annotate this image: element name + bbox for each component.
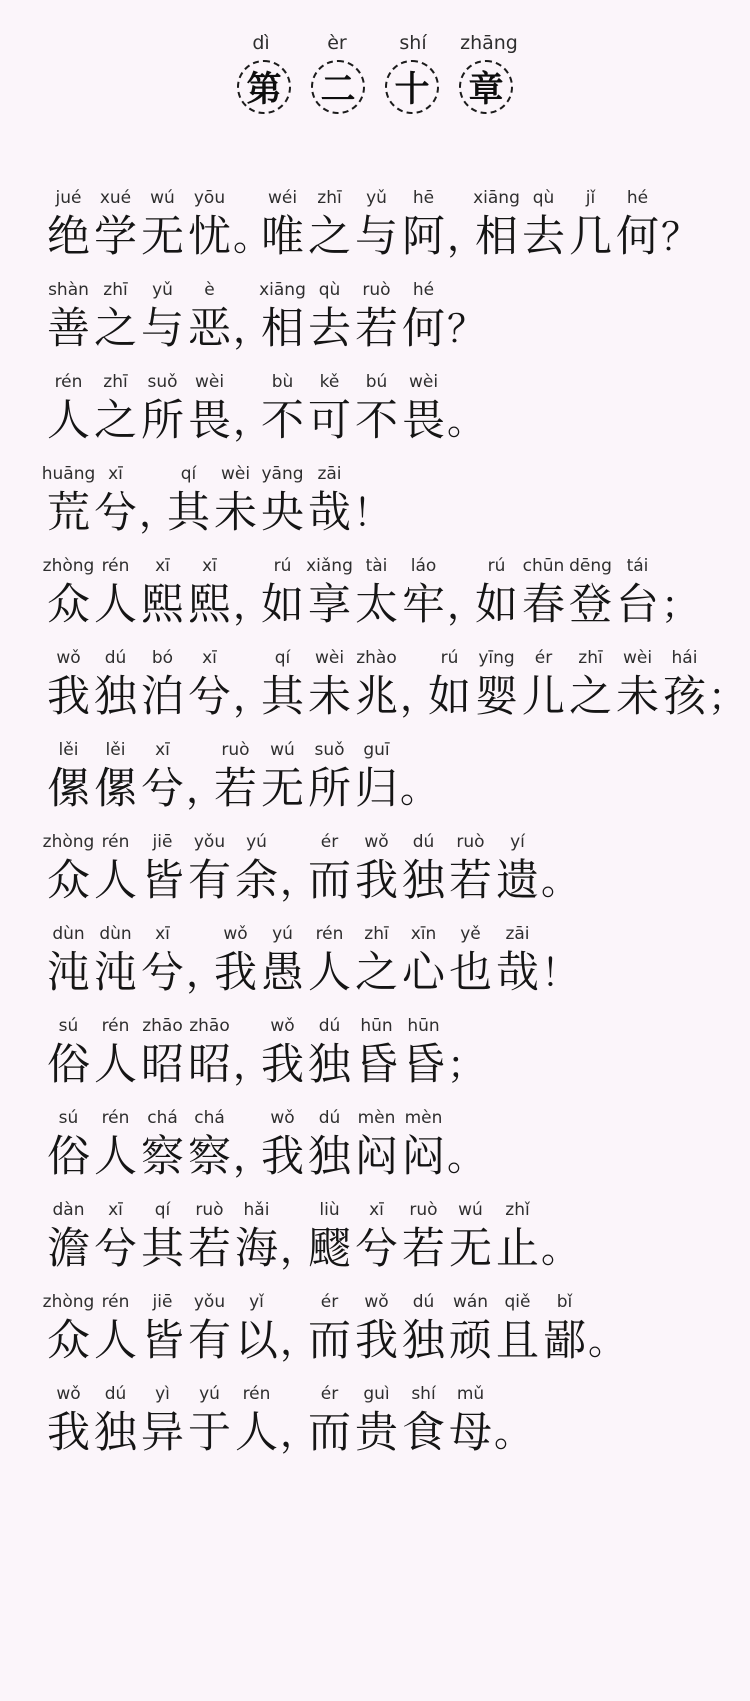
- pinyin-syllable: yì: [155, 1382, 170, 1407]
- pinyin-syllable: zhī: [578, 646, 602, 671]
- hanzi-char: 无: [449, 1223, 492, 1276]
- char-cell: zhòng众: [45, 1290, 92, 1368]
- pinyin-syllable: ér: [321, 1382, 338, 1407]
- char-cell: xué学: [92, 186, 139, 264]
- pinyin-syllable: qí: [181, 462, 197, 487]
- pinyin-syllable: sú: [59, 1106, 79, 1131]
- char-cell: bǐ鄙: [541, 1290, 588, 1368]
- hanzi-char: 荒: [47, 487, 90, 540]
- pinyin-syllable: shàn: [48, 278, 89, 303]
- punctuation: 。: [541, 1223, 579, 1276]
- pinyin-syllable: xī: [202, 554, 217, 579]
- title-hanzi-char: 十: [394, 62, 429, 112]
- pinyin-syllable: rén: [102, 830, 130, 855]
- hanzi-char: 众: [47, 579, 90, 632]
- char-cell: suǒ所: [139, 370, 186, 448]
- char-cell: ruò若: [212, 738, 259, 816]
- pinyin-syllable: rén: [316, 922, 344, 947]
- pinyin-syllable: hǎi: [244, 1198, 270, 1223]
- char-cell: rén人: [92, 554, 139, 632]
- char-cell: hūn昏: [353, 1014, 400, 1092]
- hanzi-char: 享: [308, 579, 351, 632]
- char-cell: ér儿: [520, 646, 567, 724]
- pinyin-syllable: zhǐ: [505, 1198, 529, 1223]
- pinyin-syllable: kě: [320, 370, 340, 395]
- char-cell: zhī之: [567, 646, 614, 724]
- char-cell: yǒu有: [186, 1290, 233, 1368]
- char-cell: xī熙: [139, 554, 186, 632]
- pinyin-syllable: wú: [458, 1198, 483, 1223]
- punctuation: 。: [447, 395, 485, 448]
- pinyin-syllable: ruò: [362, 278, 390, 303]
- punctuation-cell: 。: [588, 1290, 614, 1368]
- pinyin-syllable: zāi: [317, 462, 341, 487]
- hanzi-char: 澹: [47, 1223, 90, 1276]
- char-cell: mèn闷: [400, 1106, 447, 1184]
- pinyin-syllable: zhòng: [43, 830, 95, 855]
- hanzi-char: 哉: [496, 947, 539, 1000]
- char-cell: wèi未: [306, 646, 353, 724]
- title-pinyin-syllable: èr: [299, 30, 375, 56]
- pinyin-syllable: dēng: [569, 554, 612, 579]
- hanzi-char: 独: [94, 1407, 137, 1460]
- pinyin-syllable: yīng: [478, 646, 514, 671]
- pinyin-syllable: zhāo: [142, 1014, 183, 1039]
- char-cell: qù去: [306, 278, 353, 356]
- char-cell: wèi未: [212, 462, 259, 540]
- hanzi-char: 其: [167, 487, 210, 540]
- hanzi-char: 而: [308, 1315, 351, 1368]
- pinyin-syllable: wǒ: [223, 922, 247, 947]
- pinyin-syllable: hūn: [360, 1014, 392, 1039]
- hanzi-char: 何: [402, 303, 445, 356]
- hanzi-char: 独: [402, 855, 445, 908]
- punctuation-cell: ；: [708, 646, 734, 724]
- hanzi-char: 何: [616, 211, 659, 264]
- hanzi-char: 相: [261, 303, 304, 356]
- char-cell: jiē皆: [139, 830, 186, 908]
- pinyin-syllable: yōu: [194, 186, 225, 211]
- char-cell: hé何: [614, 186, 661, 264]
- char-cell: wèi未: [614, 646, 661, 724]
- hanzi-char: 以: [235, 1315, 278, 1368]
- hanzi-char: 众: [47, 1315, 90, 1368]
- hanzi-char: 昭: [188, 1039, 231, 1092]
- hanzi-char: 人: [94, 1315, 137, 1368]
- char-cell: rú如: [473, 554, 520, 632]
- char-cell: wèi畏: [400, 370, 447, 448]
- pinyin-syllable: yú: [246, 830, 267, 855]
- pinyin-syllable: dú: [413, 1290, 435, 1315]
- hanzi-char: 人: [94, 579, 137, 632]
- pinyin-syllable: dú: [413, 830, 435, 855]
- char-cell: suǒ所: [306, 738, 353, 816]
- title-hanzi-char: 第: [246, 62, 281, 112]
- hanzi-char: 畏: [402, 395, 445, 448]
- pinyin-syllable: suǒ: [147, 370, 177, 395]
- hanzi-char: 闷: [402, 1131, 445, 1184]
- punctuation-cell: ，: [233, 1106, 259, 1184]
- char-cell: qí其: [139, 1198, 186, 1276]
- char-cell: zhòng众: [45, 830, 92, 908]
- punctuation-cell: ，: [400, 646, 426, 724]
- hanzi-char: 昭: [141, 1039, 184, 1092]
- char-cell: zhī之: [306, 186, 353, 264]
- hanzi-char: 我: [47, 671, 90, 724]
- punctuation: ；: [661, 579, 699, 632]
- pinyin-syllable: xī: [108, 462, 123, 487]
- hanzi-char: 皆: [141, 855, 184, 908]
- hanzi-char: 我: [261, 1039, 304, 1092]
- hanzi-char: 与: [141, 303, 184, 356]
- hanzi-char: 之: [94, 395, 137, 448]
- pinyin-syllable: bù: [272, 370, 294, 395]
- pinyin-syllable: zhāo: [189, 1014, 230, 1039]
- punctuation-cell: ；: [447, 1014, 473, 1092]
- char-cell: wǒ我: [212, 922, 259, 1000]
- hanzi-char: 央: [261, 487, 304, 540]
- hanzi-char: 唯: [261, 211, 304, 264]
- verse-line: zhòng众rén人jiē皆yǒu有yú余，ér而wǒ我dú独ruò若yí遗。: [45, 830, 750, 908]
- hanzi-char: 无: [141, 211, 184, 264]
- punctuation-cell: ，: [280, 830, 306, 908]
- char-cell: hūn昏: [400, 1014, 447, 1092]
- char-cell: tài太: [353, 554, 400, 632]
- punctuation-cell: 。: [447, 370, 473, 448]
- pinyin-syllable: qiě: [505, 1290, 531, 1315]
- hanzi-char: 独: [94, 671, 137, 724]
- hanzi-char: 若: [402, 1223, 445, 1276]
- pinyin-syllable: yí: [510, 830, 525, 855]
- hanzi-char: 人: [308, 947, 351, 1000]
- pinyin-syllable: yāng: [261, 462, 303, 487]
- hanzi-char: 其: [141, 1223, 184, 1276]
- verse-line: zhòng众rén人jiē皆yǒu有yǐ以，ér而wǒ我dú独wán顽qiě且b…: [45, 1290, 750, 1368]
- pinyin-syllable: lěi: [106, 738, 126, 763]
- pinyin-syllable: bǐ: [557, 1290, 573, 1315]
- hanzi-char: 相: [475, 211, 518, 264]
- pinyin-syllable: rén: [102, 1290, 130, 1315]
- pinyin-syllable: bú: [366, 370, 388, 395]
- pinyin-syllable: mèn: [405, 1106, 443, 1131]
- punctuation-cell: ；: [661, 554, 687, 632]
- char-cell: yāng央: [259, 462, 306, 540]
- hanzi-char: 而: [308, 855, 351, 908]
- pinyin-syllable: dú: [105, 646, 127, 671]
- char-cell: yǔ与: [139, 278, 186, 356]
- hanzi-char: 阿: [402, 211, 445, 264]
- punctuation: 。: [494, 1407, 532, 1460]
- pinyin-syllable: huāng: [42, 462, 96, 487]
- pinyin-syllable: jiē: [153, 1290, 173, 1315]
- hanzi-char: 人: [94, 1039, 137, 1092]
- hanzi-char: 其: [261, 671, 304, 724]
- hanzi-char: 若: [449, 855, 492, 908]
- hanzi-char: 俗: [47, 1131, 90, 1184]
- hanzi-char: 俗: [47, 1039, 90, 1092]
- pinyin-syllable: hái: [672, 646, 698, 671]
- hanzi-char: 我: [355, 855, 398, 908]
- hanzi-char: 傫: [47, 763, 90, 816]
- hanzi-char: 畏: [188, 395, 231, 448]
- char-cell: yú于: [186, 1382, 233, 1460]
- title-pinyin-syllable: dì: [223, 30, 299, 56]
- hanzi-char: 我: [261, 1131, 304, 1184]
- char-cell: hǎi海: [233, 1198, 280, 1276]
- punctuation-cell: ，: [233, 1014, 259, 1092]
- char-cell: yì异: [139, 1382, 186, 1460]
- char-cell: yě也: [447, 922, 494, 1000]
- pinyin-syllable: wǒ: [270, 1014, 294, 1039]
- pinyin-syllable: mèn: [358, 1106, 396, 1131]
- hanzi-char: 异: [141, 1407, 184, 1460]
- char-cell: wéi唯: [259, 186, 306, 264]
- hanzi-char: 登: [569, 579, 612, 632]
- char-cell: ruò若: [447, 830, 494, 908]
- char-cell: yí遗: [494, 830, 541, 908]
- char-cell: xiāng相: [259, 278, 306, 356]
- pinyin-syllable: yǔ: [152, 278, 173, 303]
- pinyin-syllable: tái: [627, 554, 649, 579]
- verse-line: lěi傫lěi傫xī兮，ruò若wú无suǒ所guī归。: [45, 738, 750, 816]
- char-cell: kě可: [306, 370, 353, 448]
- hanzi-char: 如: [261, 579, 304, 632]
- char-cell: xī兮: [139, 922, 186, 1000]
- pinyin-syllable: hūn: [407, 1014, 439, 1039]
- pinyin-syllable: zhī: [364, 922, 388, 947]
- punctuation-cell: ！: [353, 462, 379, 540]
- hanzi-char: 几: [569, 211, 612, 264]
- hanzi-char: 人: [47, 395, 90, 448]
- hanzi-char: 未: [214, 487, 257, 540]
- char-cell: xī兮: [186, 646, 233, 724]
- pinyin-syllable: wú: [150, 186, 175, 211]
- char-cell: è恶: [186, 278, 233, 356]
- punctuation-cell: ？: [447, 278, 473, 356]
- pinyin-syllable: zhī: [103, 370, 127, 395]
- pinyin-syllable: zhào: [356, 646, 397, 671]
- pinyin-syllable: ér: [321, 830, 338, 855]
- char-cell: rén人: [233, 1382, 280, 1460]
- pinyin-syllable: dú: [319, 1014, 341, 1039]
- char-cell: ruò若: [400, 1198, 447, 1276]
- punctuation-cell: 。: [400, 738, 426, 816]
- char-cell: yōu忧: [186, 186, 233, 264]
- hanzi-char: 于: [188, 1407, 231, 1460]
- pinyin-syllable: xiǎng: [306, 554, 353, 579]
- hanzi-char: 鄙: [543, 1315, 586, 1368]
- hanzi-char: 余: [235, 855, 278, 908]
- punctuation-cell: ，: [186, 922, 212, 1000]
- char-cell: wǒ我: [45, 646, 92, 724]
- pinyin-syllable: ruò: [221, 738, 249, 763]
- hanzi-char: 傫: [94, 763, 137, 816]
- char-cell: zhī之: [92, 278, 139, 356]
- char-cell: mèn闷: [353, 1106, 400, 1184]
- pinyin-syllable: xī: [108, 1198, 123, 1223]
- char-cell: dàn澹: [45, 1198, 92, 1276]
- pinyin-syllable: xiāng: [473, 186, 520, 211]
- pinyin-syllable: wèi: [623, 646, 652, 671]
- hanzi-char: 如: [475, 579, 518, 632]
- hanzi-char: 绝: [47, 211, 90, 264]
- punctuation: ！: [541, 947, 579, 1000]
- pinyin-syllable: xué: [100, 186, 131, 211]
- pinyin-syllable: shí: [411, 1382, 435, 1407]
- hanzi-char: 贵: [355, 1407, 398, 1460]
- char-cell: láo牢: [400, 554, 447, 632]
- pinyin-syllable: rén: [102, 1106, 130, 1131]
- char-cell: zhāo昭: [139, 1014, 186, 1092]
- char-cell: zhǐ止: [494, 1198, 541, 1276]
- hanzi-char: 而: [308, 1407, 351, 1460]
- hanzi-char: 忧: [188, 211, 231, 264]
- pinyin-syllable: xī: [155, 554, 170, 579]
- pinyin-syllable: wèi: [195, 370, 224, 395]
- pinyin-syllable: wèi: [221, 462, 250, 487]
- verse-line: sú俗rén人zhāo昭zhāo昭，wǒ我dú独hūn昏hūn昏；: [45, 1014, 750, 1092]
- pinyin-syllable: qù: [319, 278, 341, 303]
- punctuation-cell: ，: [447, 554, 473, 632]
- pinyin-syllable: guī: [363, 738, 389, 763]
- hanzi-char: 遗: [496, 855, 539, 908]
- char-cell: zhào兆: [353, 646, 400, 724]
- char-cell: wǒ我: [259, 1014, 306, 1092]
- pinyin-syllable: wán: [453, 1290, 488, 1315]
- char-cell: xī兮: [353, 1198, 400, 1276]
- hanzi-char: 与: [355, 211, 398, 264]
- hanzi-char: 独: [308, 1039, 351, 1092]
- pinyin-syllable: rén: [102, 1014, 130, 1039]
- pinyin-syllable: rén: [243, 1382, 271, 1407]
- hanzi-char: 无: [261, 763, 304, 816]
- pinyin-syllable: dùn: [99, 922, 131, 947]
- hanzi-char: 海: [235, 1223, 278, 1276]
- char-cell: bó泊: [139, 646, 186, 724]
- pinyin-syllable: yǔ: [366, 186, 387, 211]
- char-cell: dú独: [92, 646, 139, 724]
- hanzi-char: 兮: [94, 487, 137, 540]
- pinyin-syllable: liù: [319, 1198, 339, 1223]
- chapter-title-pinyin-row: dìèrshízhāng: [0, 30, 750, 56]
- char-cell: xī熙: [186, 554, 233, 632]
- char-cell: zhòng众: [45, 554, 92, 632]
- pinyin-syllable: wú: [270, 738, 295, 763]
- verse-line: sú俗rén人chá察chá察，wǒ我dú独mèn闷mèn闷。: [45, 1106, 750, 1184]
- pinyin-syllable: rén: [55, 370, 83, 395]
- pinyin-syllable: xīn: [411, 922, 437, 947]
- char-cell: mǔ母: [447, 1382, 494, 1460]
- pinyin-syllable: jǐ: [586, 186, 595, 211]
- verse-line: wǒ我dú独bó泊xī兮，qí其wèi未zhào兆，rú如yīng婴ér儿zhī…: [45, 646, 750, 724]
- verse-line: jué绝xué学wú无yōu忧。wéi唯zhī之yǔ与hē阿，xiāng相qù去…: [45, 186, 750, 264]
- hanzi-char: 未: [616, 671, 659, 724]
- hanzi-char: 不: [355, 395, 398, 448]
- char-cell: rén人: [92, 830, 139, 908]
- pinyin-syllable: wǒ: [56, 1382, 80, 1407]
- char-cell: rén人: [92, 1290, 139, 1368]
- hanzi-char: 沌: [94, 947, 137, 1000]
- char-cell: chūn春: [520, 554, 567, 632]
- char-cell: xīn心: [400, 922, 447, 1000]
- pinyin-syllable: qù: [533, 186, 555, 211]
- punctuation-cell: ，: [233, 554, 259, 632]
- pinyin-syllable: wǒ: [364, 830, 388, 855]
- punctuation-cell: 。: [233, 186, 259, 264]
- pinyin-syllable: dùn: [52, 922, 84, 947]
- hanzi-char: 学: [94, 211, 137, 264]
- pinyin-syllable: wǒ: [270, 1106, 294, 1131]
- hanzi-char: 母: [449, 1407, 492, 1460]
- hanzi-char: 太: [355, 579, 398, 632]
- pinyin-syllable: wéi: [268, 186, 297, 211]
- pinyin-syllable: xī: [155, 738, 170, 763]
- char-cell: wú无: [259, 738, 306, 816]
- pinyin-syllable: zhòng: [43, 1290, 95, 1315]
- hanzi-char: 我: [214, 947, 257, 1000]
- char-cell: lěi傫: [92, 738, 139, 816]
- char-cell: liù飂: [306, 1198, 353, 1276]
- hanzi-char: 我: [355, 1315, 398, 1368]
- hanzi-char: 熙: [188, 579, 231, 632]
- char-cell: ruò若: [186, 1198, 233, 1276]
- char-cell: xī兮: [92, 462, 139, 540]
- hanzi-char: 有: [188, 1315, 231, 1368]
- verse-line: huāng荒xī兮，qí其wèi未yāng央zāi哉！: [45, 462, 750, 540]
- char-cell: xī兮: [139, 738, 186, 816]
- chapter-title-characters-row: 第二十章: [0, 56, 750, 114]
- char-cell: ruò若: [353, 278, 400, 356]
- hanzi-char: 有: [188, 855, 231, 908]
- pinyin-syllable: wèi: [315, 646, 344, 671]
- pinyin-syllable: lěi: [59, 738, 79, 763]
- hanzi-char: 熙: [141, 579, 184, 632]
- verse-line: zhòng众rén人xī熙xī熙，rú如xiǎng享tài太láo牢，rú如ch…: [45, 554, 750, 632]
- hanzi-char: 沌: [47, 947, 90, 1000]
- pinyin-syllable: dú: [105, 1382, 127, 1407]
- hanzi-char: 孩: [663, 671, 706, 724]
- pinyin-syllable: xī: [369, 1198, 384, 1223]
- verse-text: jué绝xué学wú无yōu忧。wéi唯zhī之yǔ与hē阿，xiāng相qù去…: [0, 186, 750, 1460]
- char-cell: yǒu有: [186, 830, 233, 908]
- punctuation-cell: ，: [280, 1198, 306, 1276]
- char-cell: dēng登: [567, 554, 614, 632]
- verse-line: shàn善zhī之yǔ与è恶，xiāng相qù去ruò若hé何？: [45, 278, 750, 356]
- pinyin-syllable: yú: [199, 1382, 220, 1407]
- hanzi-char: 之: [569, 671, 612, 724]
- hanzi-char: 止: [496, 1223, 539, 1276]
- pinyin-syllable: yǐ: [249, 1290, 264, 1315]
- punctuation: ？: [447, 303, 485, 356]
- pinyin-syllable: rú: [274, 554, 292, 579]
- pinyin-syllable: yě: [460, 922, 481, 947]
- char-cell: shí食: [400, 1382, 447, 1460]
- verse-line: wǒ我dú独yì异yú于rén人，ér而guì贵shí食mǔ母。: [45, 1382, 750, 1460]
- pinyin-syllable: zhòng: [43, 554, 95, 579]
- pinyin-syllable: chá: [194, 1106, 225, 1131]
- pinyin-syllable: xī: [155, 922, 170, 947]
- char-cell: yú余: [233, 830, 280, 908]
- punctuation-cell: ，: [280, 1290, 306, 1368]
- hanzi-char: 兮: [141, 947, 184, 1000]
- hanzi-char: 心: [402, 947, 445, 1000]
- hanzi-char: 所: [141, 395, 184, 448]
- pinyin-syllable: jué: [56, 186, 82, 211]
- hanzi-char: 独: [308, 1131, 351, 1184]
- pinyin-syllable: xiāng: [259, 278, 306, 303]
- pinyin-syllable: qí: [155, 1198, 171, 1223]
- pinyin-syllable: yǒu: [194, 1290, 225, 1315]
